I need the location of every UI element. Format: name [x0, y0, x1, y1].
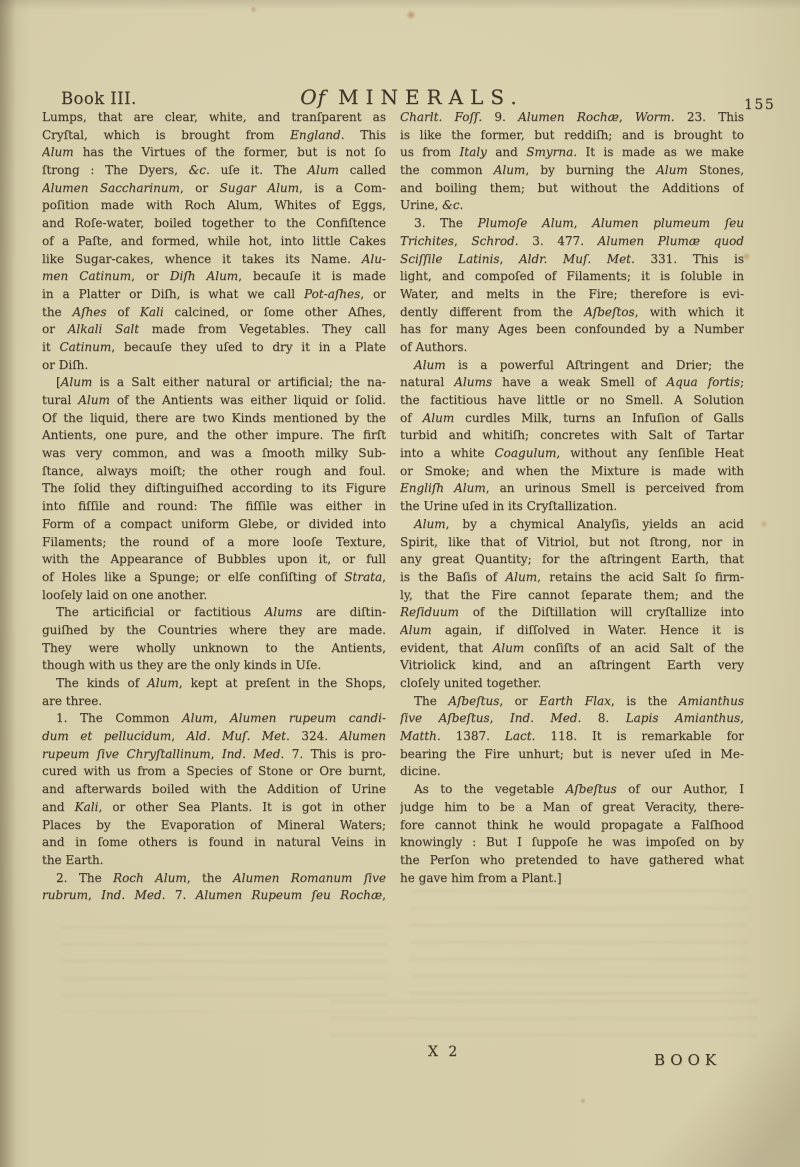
- roman-text: ,: [88, 888, 101, 902]
- italic-text: Alum: [147, 676, 179, 690]
- roman-text: judge him to be a Man of great Veracity,…: [400, 800, 744, 814]
- italic-text: Diſh Alum: [170, 269, 238, 283]
- text-line: Vitriolick kind, and an aſtringent Earth…: [400, 657, 744, 675]
- text-line: Reſiduum of the Diſtillation will cryſta…: [400, 604, 744, 622]
- roman-text: evident, that: [400, 641, 493, 655]
- roman-text: dently different from the: [400, 305, 584, 319]
- roman-text: , with which it: [635, 305, 744, 319]
- roman-text: ,: [490, 711, 510, 725]
- roman-text: 331. This is: [635, 252, 744, 266]
- italic-text: Ind. Med.: [510, 711, 581, 725]
- italic-text: men Catinum: [42, 269, 131, 283]
- roman-text: conſiſts of an acid Salt of the: [524, 641, 744, 655]
- roman-text: has the Virtues of the former, but is no…: [74, 145, 386, 159]
- roman-text: ,: [171, 729, 186, 743]
- text-line: Cryſtal, which is brought from England. …: [42, 127, 386, 145]
- roman-text: and boiling them; but without the Additi…: [400, 181, 744, 195]
- text-line: are three.: [42, 693, 386, 711]
- italic-text: Alum: [505, 570, 537, 584]
- roman-text: ,: [619, 110, 635, 124]
- text-line: was very common, and was a ſmooth milky …: [42, 445, 386, 463]
- roman-text: ,: [214, 711, 230, 725]
- roman-text: ſtrong : The Dyers,: [42, 163, 189, 177]
- roman-text: of: [400, 411, 423, 425]
- text-line: turbid and whitiſh; concretes with Salt …: [400, 427, 744, 445]
- roman-text: ſtance, always moiſt; the other rough an…: [42, 464, 386, 478]
- italic-text: Alumen rupeum candi-: [230, 711, 386, 725]
- roman-text: poſition made with Roch Alum, Whites of …: [42, 198, 386, 212]
- text-line: of Holes like a Spunge; or elſe conſiſti…: [42, 569, 386, 587]
- roman-text: The: [414, 694, 448, 708]
- text-line: or Alkali Salt made from Vegetables. The…: [42, 321, 386, 339]
- text-line: Filaments; the round of a more looſe Tex…: [42, 534, 386, 552]
- italic-text: Sciſſile Latinis: [400, 252, 500, 266]
- roman-text: and in ſome others is found in natural V…: [42, 835, 386, 849]
- italic-text: Aſbeſtus: [566, 782, 617, 796]
- catchword: BOOK: [654, 1051, 721, 1069]
- roman-text: , by burning the: [525, 163, 656, 177]
- roman-text: though with us they are the only kinds i…: [42, 658, 321, 672]
- text-line: like Sugar-cakes, whence it takes its Na…: [42, 251, 386, 269]
- text-line: and Roſe-water, boiled together to the C…: [42, 215, 386, 233]
- italic-text: Alum: [493, 641, 525, 655]
- text-line: of Authors.: [400, 339, 744, 357]
- text-line: Alumen Saccharinum, or Sugar Alum, is a …: [42, 180, 386, 198]
- text-line: Spirit, like that of Vitriol, but not ſt…: [400, 534, 744, 552]
- roman-text: again, if diſſolved in Water. Hence it i…: [432, 623, 744, 637]
- text-column-right: Charlt. Foſſ. 9. Alumen Rochæ, Worm. 23.…: [400, 109, 744, 887]
- text-line: and boiling them; but without the Additi…: [400, 180, 744, 198]
- roman-text: ,: [454, 234, 471, 248]
- roman-text: ,: [740, 711, 744, 725]
- roman-text: 1. The Common: [56, 711, 182, 725]
- text-line: Alum is a powerful Aſtringent and Drier;…: [400, 357, 744, 375]
- text-line: Matth. 1387. Lact. 118. It is remarkable…: [400, 728, 744, 746]
- roman-text: of Authors.: [400, 340, 467, 354]
- roman-text: , an urinous Smell is perceived from: [486, 481, 744, 495]
- roman-text: ,: [574, 216, 592, 230]
- roman-text: Lumps, that are clear, white, and tranſp…: [42, 110, 386, 124]
- text-line: it Catinum, becauſe they uſed to dry it …: [42, 339, 386, 357]
- roman-text: . It is made as we make: [573, 145, 744, 159]
- text-line: The articificial or factitious Alums are…: [42, 604, 386, 622]
- roman-text: of our Author, I: [617, 782, 744, 796]
- italic-text: &c.: [442, 198, 463, 212]
- roman-text: . This: [341, 128, 386, 142]
- show-through-text: [410, 890, 748, 1006]
- text-line: Trichites, Schrod. 3. 477. Alumen Plumæ …: [400, 233, 744, 251]
- italic-text: Alum: [414, 358, 446, 372]
- italic-text: Ind. Med.: [222, 747, 284, 761]
- italic-text: Alum: [182, 711, 214, 725]
- italic-text: Alum: [656, 163, 688, 177]
- roman-text: and afterwards boiled with the Addition …: [42, 782, 386, 796]
- roman-text: cloſely united together.: [400, 676, 541, 690]
- roman-text: 2. The: [56, 871, 113, 885]
- italic-text: Aſbeſtus: [448, 694, 499, 708]
- roman-text: or Smoke; and when the Mixture is made w…: [400, 464, 744, 478]
- text-line: The ſolid they diſtinguiſhed according t…: [42, 480, 386, 498]
- text-line: [Alum is a Salt either natural or artifi…: [42, 374, 386, 392]
- text-line: Water, and melts in the Fire; therefore …: [400, 286, 744, 304]
- roman-text: 8.: [581, 711, 625, 725]
- roman-text: or: [42, 322, 68, 336]
- text-line: evident, that Alum conſiſts of an acid S…: [400, 640, 744, 658]
- text-line: and Kali, or other Sea Plants. It is got…: [42, 799, 386, 817]
- italic-text: Italy: [460, 145, 487, 159]
- roman-text: knowingly : But I ſuppoſe he was impoſed…: [400, 835, 744, 849]
- text-line: Alum, by a chymical Analyſis, yields an …: [400, 516, 744, 534]
- italic-text: Aſhes: [72, 305, 106, 319]
- roman-text: has for many Ages been confounded by a N…: [400, 322, 744, 336]
- text-line: Urine, &c.: [400, 197, 744, 215]
- page-number: 155: [744, 97, 775, 113]
- text-line: poſition made with Roch Alum, Whites of …: [42, 197, 386, 215]
- roman-text: ,: [500, 252, 519, 266]
- italic-text: Alumen: [340, 729, 386, 743]
- text-line: men Catinum, or Diſh Alum, becauſe it is…: [42, 268, 386, 286]
- roman-text: it: [42, 340, 59, 354]
- roman-text: 118. It is remarkable for: [535, 729, 744, 743]
- roman-text: Places by the Evaporation of Mineral Wat…: [42, 818, 386, 832]
- roman-text: have a weak Smell of: [492, 375, 666, 389]
- fox-spot: [760, 520, 768, 528]
- text-line: ly, that the Fire cannot ſeparate them; …: [400, 587, 744, 605]
- italic-text: Coagulum: [495, 446, 557, 460]
- roman-text: uſe it. The: [210, 163, 307, 177]
- roman-text: fore cannot think he would propagate a F…: [400, 818, 744, 832]
- text-line: The Aſbeſtus, or Earth Flax, is the Amia…: [400, 693, 744, 711]
- text-line: rupeum ſive Chryſtallinum, Ind. Med. 7. …: [42, 746, 386, 764]
- running-head-title-of: Of: [300, 85, 326, 109]
- roman-text: Filaments; the round of a more looſe Tex…: [42, 535, 386, 549]
- italic-text: Alu-: [362, 252, 386, 266]
- roman-text: natural: [400, 375, 454, 389]
- roman-text: of Holes like a Spunge; or elſe conſiſti…: [42, 570, 344, 584]
- roman-text: ,: [382, 570, 386, 584]
- roman-text: cured with us from a Species of Stone or…: [42, 764, 386, 778]
- roman-text: , becauſe it is made: [238, 269, 386, 283]
- text-line: in a Platter or Diſh, is what we call Po…: [42, 286, 386, 304]
- roman-text: , or: [131, 269, 170, 283]
- roman-text: in a Platter or Diſh, is what we call: [42, 287, 304, 301]
- roman-text: , retains the acid Salt ſo firm-: [537, 570, 744, 584]
- italic-text: Aſbeſtos: [584, 305, 635, 319]
- text-line: is like the former, but reddiſh; and is …: [400, 127, 744, 145]
- running-head-title: OfMINERALS.: [24, 85, 800, 109]
- text-line: Lumps, that are clear, white, and tranſp…: [42, 109, 386, 127]
- text-line: Places by the Evaporation of Mineral Wat…: [42, 817, 386, 835]
- fox-spot: [580, 1098, 586, 1104]
- roman-text: is a powerful Aſtringent and Drier; the: [446, 358, 744, 372]
- text-line: natural Alums have a weak Smell of Aqua …: [400, 374, 744, 392]
- show-through-text: [330, 1000, 758, 1046]
- roman-text: 324.: [290, 729, 340, 743]
- italic-text: Aqua fortis: [666, 375, 740, 389]
- text-line: the factitious have little or no Smell. …: [400, 392, 744, 410]
- italic-text: Alumen Plumæ quod: [598, 234, 744, 248]
- roman-text: Spirit, like that of Vitriol, but not ſt…: [400, 535, 744, 549]
- text-line: the Aſhes of Kali calcined, or ſome othe…: [42, 304, 386, 322]
- text-line: looſely laid on one another.: [42, 587, 386, 605]
- roman-text: are three.: [42, 694, 102, 708]
- roman-text: called: [339, 163, 386, 177]
- text-line: 3. The Plumoſe Alum, Alumen plumeum ſeu: [400, 215, 744, 233]
- text-line: of Alum curdles Milk, turns an Infuſion …: [400, 410, 744, 428]
- italic-text: Reſiduum: [400, 605, 459, 619]
- text-line: of a Paſte, and formed, while hot, into …: [42, 233, 386, 251]
- italic-text: Alum: [307, 163, 339, 177]
- text-line: bearing the Fire unhurt; but is never uſ…: [400, 746, 744, 764]
- text-line: Alum again, if diſſolved in Water. Hence…: [400, 622, 744, 640]
- text-line: ſtance, always moiſt; the other rough an…: [42, 463, 386, 481]
- italic-text: Roch Alum: [113, 871, 187, 885]
- text-line: 1. The Common Alum, Alumen rupeum candi-: [42, 710, 386, 728]
- roman-text: , without any ſenſible Heat: [556, 446, 744, 460]
- roman-text: the Perſon who pretended to have gathere…: [400, 853, 744, 867]
- roman-text: light, and compoſed of Filaments; it is …: [400, 269, 744, 283]
- text-column-left: Lumps, that are clear, white, and tranſp…: [42, 109, 386, 905]
- text-line: guiſhed by the Countries where they are …: [42, 622, 386, 640]
- roman-text: 7. This is pro-: [284, 747, 386, 761]
- running-head-title-caps: MINERALS.: [338, 85, 524, 109]
- italic-text: Worm.: [635, 110, 675, 124]
- text-line: dicine.: [400, 763, 744, 781]
- italic-text: Trichites: [400, 234, 454, 248]
- italic-text: Kali: [140, 305, 164, 319]
- roman-text: us from: [400, 145, 460, 159]
- roman-text: and Roſe-water, boiled together to the C…: [42, 216, 386, 230]
- text-line: knowingly : But I ſuppoſe he was impoſed…: [400, 834, 744, 852]
- italic-text: Alum: [42, 145, 74, 159]
- italic-text: Alumen plumeum ſeu: [592, 216, 744, 230]
- text-line: tural Alum of the Antients was either li…: [42, 392, 386, 410]
- roman-text: , or: [180, 181, 220, 195]
- text-line: Charlt. Foſſ. 9. Alumen Rochæ, Worm. 23.…: [400, 109, 744, 127]
- roman-text: ,: [211, 747, 222, 761]
- text-line: Antients, one pure, and the other impure…: [42, 427, 386, 445]
- roman-text: is a Salt either natural or artificial; …: [92, 375, 386, 389]
- roman-text: turbid and whitiſh; concretes with Salt …: [400, 428, 744, 442]
- fox-spot: [250, 6, 257, 13]
- italic-text: Alumen Rupeum ſeu Rochæ: [196, 888, 383, 902]
- roman-text: of the Diſtillation will cryſtallize int…: [459, 605, 744, 619]
- roman-text: with the Appearance of Bubbles upon it, …: [42, 552, 386, 566]
- roman-text: Of the liquid, there are two Kinds menti…: [42, 411, 386, 425]
- roman-text: Cryſtal, which is brought from: [42, 128, 290, 142]
- italic-text: Ald. Muſ. Met.: [187, 729, 290, 743]
- italic-text: Amianthus: [679, 694, 744, 708]
- roman-text: Form of a compact uniform Glebe, or divi…: [42, 517, 386, 531]
- text-line: 2. The Roch Alum, the Alumen Romanum ſiv…: [42, 870, 386, 888]
- roman-text: , the: [187, 871, 233, 885]
- text-line: light, and compoſed of Filaments; it is …: [400, 268, 744, 286]
- italic-text: Aldr. Muſ. Met.: [519, 252, 635, 266]
- text-line: dum et pellucidum, Ald. Muſ. Met. 324. A…: [42, 728, 386, 746]
- roman-text: , or: [360, 287, 386, 301]
- roman-text: of the Antients was either liquid or ſol…: [110, 393, 386, 407]
- text-line: As to the vegetable Aſbeſtus of our Auth…: [400, 781, 744, 799]
- italic-text: Strata: [344, 570, 382, 584]
- text-line: into fiſſile and round: The fiſſile was …: [42, 498, 386, 516]
- roman-text: are diſtin-: [302, 605, 386, 619]
- roman-text: and: [42, 800, 75, 814]
- italic-text: Alum: [414, 517, 446, 531]
- text-line: the common Alum, by burning the Alum Sto…: [400, 162, 744, 180]
- roman-text: is like the former, but reddiſh; and is …: [400, 128, 744, 142]
- signature-mark: X 2: [428, 1044, 460, 1060]
- roman-text: into a white: [400, 446, 495, 460]
- text-line: us from Italy and Smyrna. It is made as …: [400, 144, 744, 162]
- roman-text: Water, and melts in the Fire; therefore …: [400, 287, 744, 301]
- roman-text: of: [107, 305, 140, 319]
- roman-text: looſely laid on one another.: [42, 588, 207, 602]
- italic-text: Alumen Saccharinum: [42, 181, 180, 195]
- text-line: Of the liquid, there are two Kinds menti…: [42, 410, 386, 428]
- roman-text: guiſhed by the Countries where they are …: [42, 623, 386, 637]
- italic-text: Alum: [494, 163, 526, 177]
- roman-text: Antients, one pure, and the other impure…: [42, 428, 386, 442]
- book-page: Book III. OfMINERALS. 155 Lumps, that ar…: [0, 0, 800, 1167]
- roman-text: bearing the Fire unhurt; but is never uſ…: [400, 747, 744, 761]
- text-line: the Earth.: [42, 852, 386, 870]
- roman-text: ly, that the Fire cannot ſeparate them; …: [400, 588, 744, 602]
- roman-text: 3. 477.: [519, 234, 598, 248]
- text-line: cured with us from a Species of Stone or…: [42, 763, 386, 781]
- roman-text: , is a Com-: [299, 181, 386, 195]
- text-line: or Diſh.: [42, 357, 386, 375]
- italic-text: rupeum ſive Chryſtallinum: [42, 747, 211, 761]
- text-line: the Perſon who pretended to have gathere…: [400, 852, 744, 870]
- roman-text: , or: [499, 694, 539, 708]
- roman-text: the: [42, 305, 72, 319]
- text-line: They were wholly unknown to the Antients…: [42, 640, 386, 658]
- roman-text: the factitious have little or no Smell. …: [400, 393, 744, 407]
- roman-text: ,: [382, 888, 386, 902]
- text-line: the Urine uſed in its Cryſtallization.: [400, 498, 744, 516]
- roman-text: the Urine uſed in its Cryſtallization.: [400, 499, 617, 513]
- italic-text: Earth Flax: [539, 694, 611, 708]
- italic-text: Ind. Med.: [101, 888, 165, 902]
- italic-text: Sugar Alum: [220, 181, 300, 195]
- roman-text: like Sugar-cakes, whence it takes its Na…: [42, 252, 362, 266]
- text-line: is the Baſis of Alum, retains the acid S…: [400, 569, 744, 587]
- roman-text: The ſolid they diſtinguiſhed according t…: [42, 481, 386, 495]
- roman-text: , is the: [611, 694, 679, 708]
- fox-spot: [406, 10, 416, 20]
- italic-text: Alums: [265, 605, 303, 619]
- roman-text: ;: [740, 375, 744, 389]
- roman-text: curdles Milk, turns an Infuſion of Galls: [454, 411, 744, 425]
- italic-text: Lact.: [505, 729, 535, 743]
- roman-text: 3. The: [414, 216, 478, 230]
- roman-text: , becauſe they uſed to dry it in a Plate: [111, 340, 386, 354]
- italic-text: Catinum: [59, 340, 111, 354]
- text-line: fore cannot think he would propagate a F…: [400, 817, 744, 835]
- roman-text: or Diſh.: [42, 358, 88, 372]
- text-line: and in ſome others is found in natural V…: [42, 834, 386, 852]
- roman-text: 9.: [482, 110, 518, 124]
- text-line: or Smoke; and when the Mixture is made w…: [400, 463, 744, 481]
- roman-text: The kinds of: [56, 676, 147, 690]
- italic-text: Alum: [400, 623, 432, 637]
- text-line: Engliſh Alum, an urinous Smell is percei…: [400, 480, 744, 498]
- roman-text: tural: [42, 393, 78, 407]
- roman-text: dicine.: [400, 764, 441, 778]
- roman-text: 23. This: [675, 110, 744, 124]
- italic-text: Alkali Salt: [68, 322, 139, 336]
- text-line: into a white Coagulum, without any ſenſi…: [400, 445, 744, 463]
- roman-text: made from Vegetables. They call: [139, 322, 386, 336]
- text-line: he gave him from a Plant.]: [400, 870, 744, 888]
- roman-text: As to the vegetable: [414, 782, 566, 796]
- roman-text: the common: [400, 163, 494, 177]
- roman-text: Vitriolick kind, and an aſtringent Earth…: [400, 658, 744, 672]
- italic-text: Alums: [454, 375, 492, 389]
- text-line: has for many Ages been confounded by a N…: [400, 321, 744, 339]
- italic-text: rubrum: [42, 888, 88, 902]
- italic-text: Charlt. Foſſ.: [400, 110, 482, 124]
- italic-text: Schrod.: [471, 234, 518, 248]
- text-line: Sciſſile Latinis, Aldr. Muſ. Met. 331. T…: [400, 251, 744, 269]
- roman-text: , kept at preſent in the Shops,: [179, 676, 386, 690]
- roman-text: 7.: [165, 888, 195, 902]
- text-line: with the Appearance of Bubbles upon it, …: [42, 551, 386, 569]
- italic-text: Alum: [423, 411, 455, 425]
- scan-top-shadow: [0, 0, 800, 10]
- scan-edge-shadow: [0, 0, 16, 1167]
- italic-text: Alumen Rochæ: [518, 110, 619, 124]
- text-line: Alum has the Virtues of the former, but …: [42, 144, 386, 162]
- roman-text: and: [487, 145, 526, 159]
- roman-text: , by a chymical Analyſis, yields an acid: [446, 517, 744, 531]
- roman-text: he gave him from a Plant.]: [400, 871, 562, 885]
- italic-text: dum et pellucidum: [42, 729, 171, 743]
- italic-text: Alum: [78, 393, 110, 407]
- text-line: cloſely united together.: [400, 675, 744, 693]
- roman-text: is the Baſis of: [400, 570, 505, 584]
- text-line: judge him to be a Man of great Veracity,…: [400, 799, 744, 817]
- roman-text: They were wholly unknown to the Antients…: [42, 641, 386, 655]
- italic-text: Engliſh Alum: [400, 481, 486, 495]
- italic-text: Alumen Romanum ſive: [233, 871, 386, 885]
- roman-text: any great Quantity; for the aſtringent E…: [400, 552, 744, 566]
- italic-text: ſive Aſbeſtus: [400, 711, 490, 725]
- text-line: rubrum, Ind. Med. 7. Alumen Rupeum ſeu R…: [42, 887, 386, 905]
- italic-text: Matth.: [400, 729, 441, 743]
- roman-text: of a Paſte, and formed, while hot, into …: [42, 234, 386, 248]
- roman-text: The articificial or factitious: [56, 605, 265, 619]
- text-line: and afterwards boiled with the Addition …: [42, 781, 386, 799]
- italic-text: Alum: [61, 375, 93, 389]
- italic-text: England: [290, 128, 341, 142]
- text-line: ſive Aſbeſtus, Ind. Med. 8. Lapis Amiant…: [400, 710, 744, 728]
- roman-text: calcined, or ſome other Aſhes,: [164, 305, 386, 319]
- roman-text: Urine,: [400, 198, 442, 212]
- italic-text: Pot-aſhes: [304, 287, 360, 301]
- text-line: though with us they are the only kinds i…: [42, 657, 386, 675]
- roman-text: , or other Sea Plants. It is got in othe…: [98, 800, 386, 814]
- italic-text: Lapis Amianthus: [626, 711, 740, 725]
- text-line: ſtrong : The Dyers, &c. uſe it. The Alum…: [42, 162, 386, 180]
- italic-text: Smyrna: [526, 145, 573, 159]
- text-line: any great Quantity; for the aſtringent E…: [400, 551, 744, 569]
- roman-text: the Earth.: [42, 853, 103, 867]
- italic-text: Kali: [75, 800, 99, 814]
- italic-text: &c.: [189, 163, 210, 177]
- roman-text: into fiſſile and round: The fiſſile was …: [42, 499, 386, 513]
- text-line: Form of a compact uniform Glebe, or divi…: [42, 516, 386, 534]
